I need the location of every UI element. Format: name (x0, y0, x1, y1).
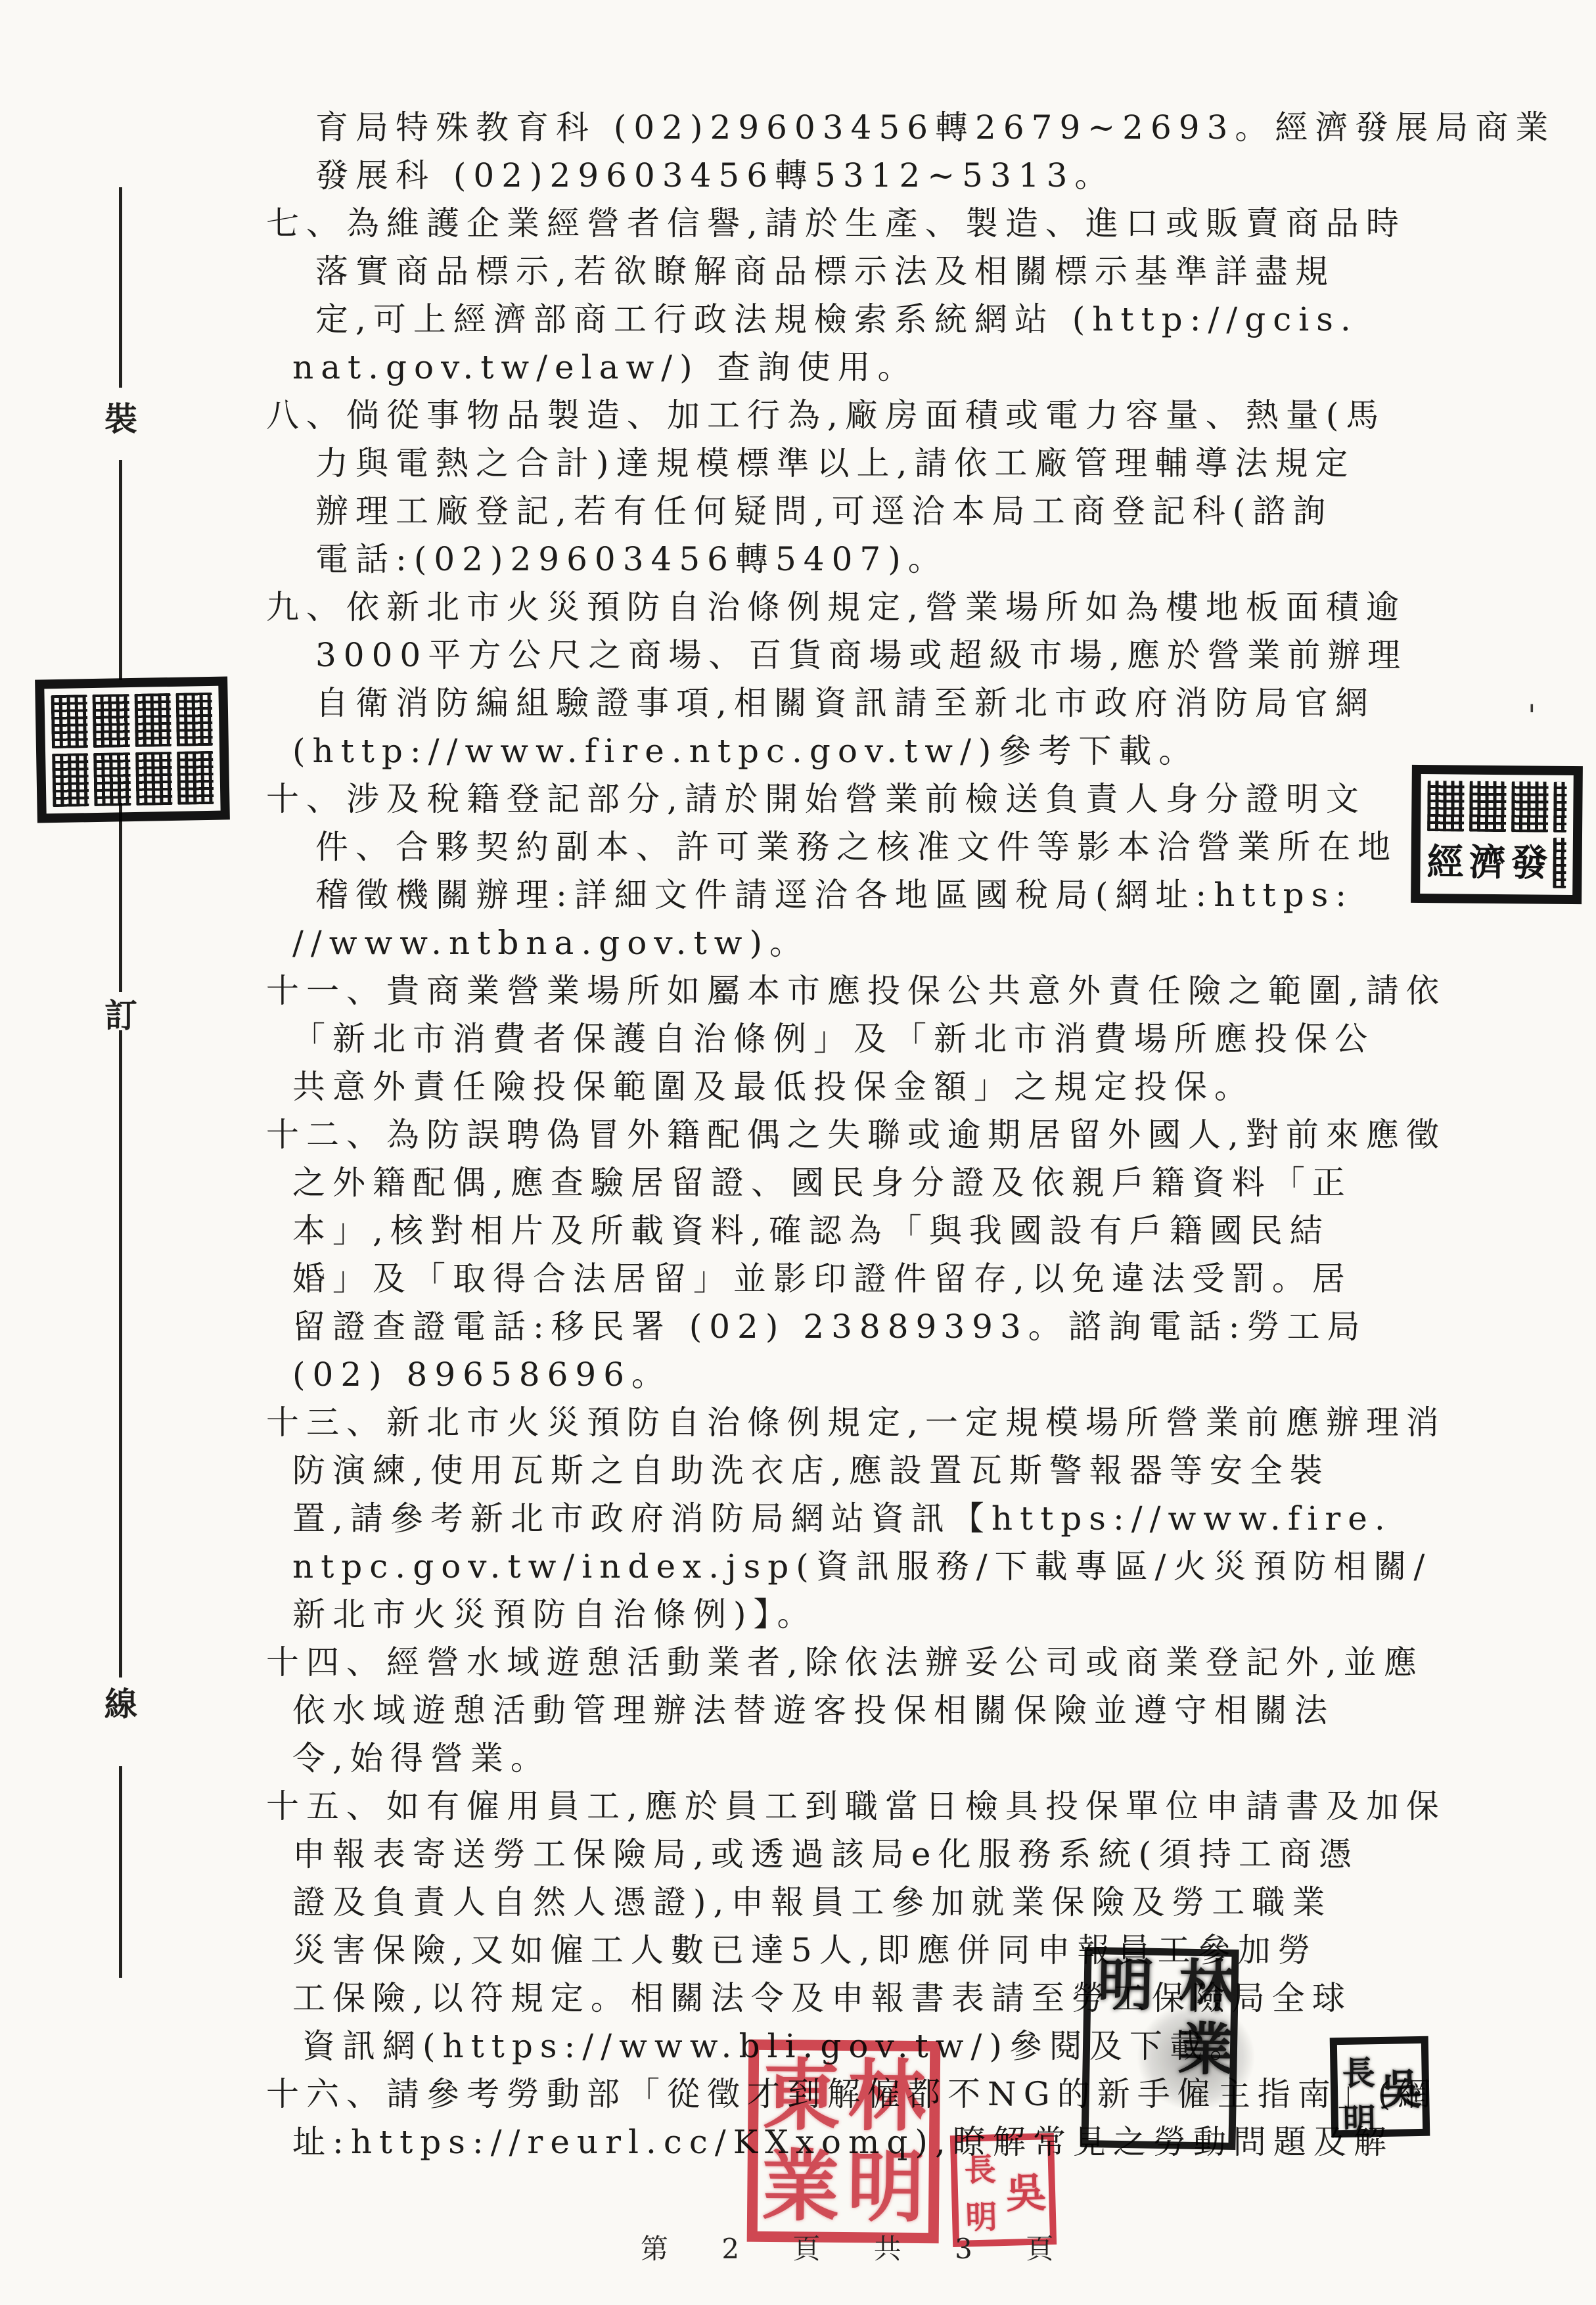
notice-line: 災害保險,又如僱工人數已達5人,即應併同申報員工參加勞 (266, 1927, 1515, 1974)
notice-line: 依水域遊憩活動管理辦法替遊客投保相關保險並遵守相關法 (266, 1687, 1515, 1735)
notice-item-13: 十三、新北市火災預防自治條例規定,一定規模場所營業前應辦理消 (266, 1399, 1515, 1447)
notice-item-12: 十二、為防誤聘偽冒外籍配偶之失聯或逾期居留外國人,對前來應徵 (266, 1111, 1515, 1159)
binding-mark-ding: 訂 (96, 990, 146, 1037)
seal-char: 吳 (1002, 2139, 1050, 2239)
notice-line: 留證查證電話:移民署 (02) 23889393。諮詢電話:勞工局 (266, 1303, 1515, 1351)
seal-char: 長 (964, 2144, 997, 2190)
notice-line: 申報表寄送勞工保險局,或透過該局e化服務系統(須持工商憑 (266, 1831, 1515, 1879)
seal-char: 林 (844, 2051, 930, 2142)
notice-line: 共意外責任險投保範圍及最低投保金額」之規定投保。 (266, 1063, 1515, 1111)
notice-line: 發展科 (02)29603456轉5312~5313。 (266, 152, 1515, 200)
notice-line: 電話:(02)29603456轉5407)。 (266, 536, 1515, 583)
notice-line: (http://www.fire.ntpc.gov.tw/)參考下載。 (266, 727, 1515, 775)
notice-item-10: 十、涉及稅籍登記部分,請於開始營業前檢送負責人身分證明文 (266, 775, 1515, 823)
notice-item-7: 七、為維護企業經營者信譽,請於生產、製造、進口或販賣商品時 (266, 200, 1515, 248)
notice-line: 新北市火災預防自治條例)】。 (266, 1591, 1515, 1639)
page-number-footer: 第 2 頁 共 3 頁 (641, 2227, 1076, 2267)
notice-line: 3000平方公尺之商場、百貨商場或超級市場,應於營業前辦理 (266, 631, 1515, 679)
notice-line: 定,可上經濟部商工行政法規檢索系統網站 (http://gcis. (266, 296, 1515, 344)
binding-line-segment (119, 1766, 122, 1978)
seal-char: 吳 (1379, 2043, 1423, 2130)
binding-line-segment (119, 803, 122, 992)
office-seal-left (35, 676, 230, 823)
notice-line: 令,始得營業。 (266, 1735, 1515, 1783)
notice-line: //www.ntbna.gov.tw)。 (266, 919, 1515, 967)
seal-script-glyph (93, 694, 130, 748)
scanned-notice-page: 裝 訂 線 經 濟 發 育局特殊教育科 (02)29603456轉267 (0, 0, 1596, 2305)
notice-body: 育局特殊教育科 (02)29603456轉2679~2693。經濟發展局商業 發… (266, 104, 1515, 2166)
notice-line: 落實商品標示,若欲瞭解商品標示法及相關標示基準詳盡規 (266, 248, 1515, 296)
notice-line: 婚」及「取得合法居留」並影印證件留存,以免違法受罰。居 (266, 1255, 1515, 1303)
seal-char: 明 (843, 2141, 929, 2233)
binding-line-segment (119, 1030, 122, 1677)
notice-line: 稽徵機關辦理:詳細文件請逕洽各地區國稅局(網址:https: (266, 871, 1515, 919)
seal-script-glyph (177, 751, 214, 805)
notice-item-8: 八、倘從事物品製造、加工行為,廠房面積或電力容量、熱量(馬 (266, 392, 1515, 440)
notice-line: 工保險,以符規定。相關法令及申報書表請至勞工保險局全球 (266, 1974, 1515, 2022)
binding-line-segment (119, 460, 122, 680)
binding-mark-zhuang: 裝 (96, 393, 146, 440)
notice-line: 辦理工廠登記,若有任何疑問,可逕洽本局工商登記科(諮詢 (266, 488, 1515, 536)
seal-script-glyph (1553, 838, 1566, 888)
binding-mark-xian: 線 (96, 1678, 146, 1725)
notice-line: (02) 89658696。 (266, 1351, 1515, 1399)
seal-char: 長 (1342, 2047, 1375, 2095)
notice-line: 「新北市消費者保護自治條例」及「新北市消費場所應投保公 (266, 1015, 1515, 1063)
notice-item-15: 十五、如有僱用員工,應於員工到職當日檢具投保單位申請書及加保 (266, 1783, 1515, 1831)
notice-line: 件、合夥契約副本、許可業務之核准文件等影本洽營業所在地 (266, 823, 1515, 871)
personal-seal-black: 吳 長 明 (1330, 2036, 1430, 2138)
notice-line: 之外籍配偶,應查驗居留證、國民身分證及依親戶籍資料「正 (266, 1159, 1515, 1207)
notice-line: 防演練,使用瓦斯之自助洗衣店,應設置瓦斯警報器等安全裝 (266, 1447, 1515, 1495)
company-seal-red: 東 林 業 明 (747, 2040, 941, 2244)
binding-line-segment (119, 187, 122, 388)
seal-char: 業 (758, 2141, 844, 2232)
notice-line: 力與電熱之合計)達規模標準以上,請依工廠管理輔導法規定 (266, 440, 1515, 488)
seal-char: 東 (758, 2050, 844, 2141)
notice-line: 置,請參考新北市政府消防局網站資訊【https://www.fire. (266, 1495, 1515, 1543)
seal-char: 發 (1511, 837, 1548, 888)
seal-script-glyph (52, 753, 89, 807)
notice-item-11: 十一、貴商業營業場所如屬本市應投保公共意外責任險之範圍,請依 (266, 967, 1515, 1015)
notice-line: nat.gov.tw/elaw/) 查詢使用。 (266, 344, 1515, 392)
notice-line: 自衛消防編組驗證事項,相關資訊請至新北市政府消防局官網 (266, 679, 1515, 727)
notice-line: 本」,核對相片及所載資料,確認為「與我國設有戶籍國民結 (266, 1207, 1515, 1255)
seal-char: 明 (1342, 2094, 1376, 2142)
seal-script-glyph (93, 752, 131, 806)
notice-line: ntpc.gov.tw/index.jsp(資訊服務/下載專區/火災預防相關/ (266, 1543, 1515, 1591)
seal-script-glyph (51, 695, 89, 748)
scan-stray-mark: ' (1528, 698, 1536, 733)
seal-script-glyph (134, 693, 171, 747)
seal-script-glyph (135, 752, 173, 806)
notice-item-9: 九、依新北市火災預防自治條例規定,營業場所如為樓地板面積逾 (266, 583, 1515, 631)
seal-script-glyph (1553, 782, 1567, 833)
seal-script-glyph (175, 693, 213, 746)
notice-line: 育局特殊教育科 (02)29603456轉2679~2693。經濟發展局商業 (266, 104, 1515, 152)
notice-item-14: 十四、經營水域遊憩活動業者,除依法辦妥公司或商業登記外,並應 (266, 1639, 1515, 1687)
seal-script-glyph (1511, 781, 1549, 832)
notice-line: 證及負責人自然人憑證),申報員工參加就業保險及勞工職業 (266, 1879, 1515, 1927)
name-stamp-black: 林業明 (1081, 1947, 1239, 2150)
